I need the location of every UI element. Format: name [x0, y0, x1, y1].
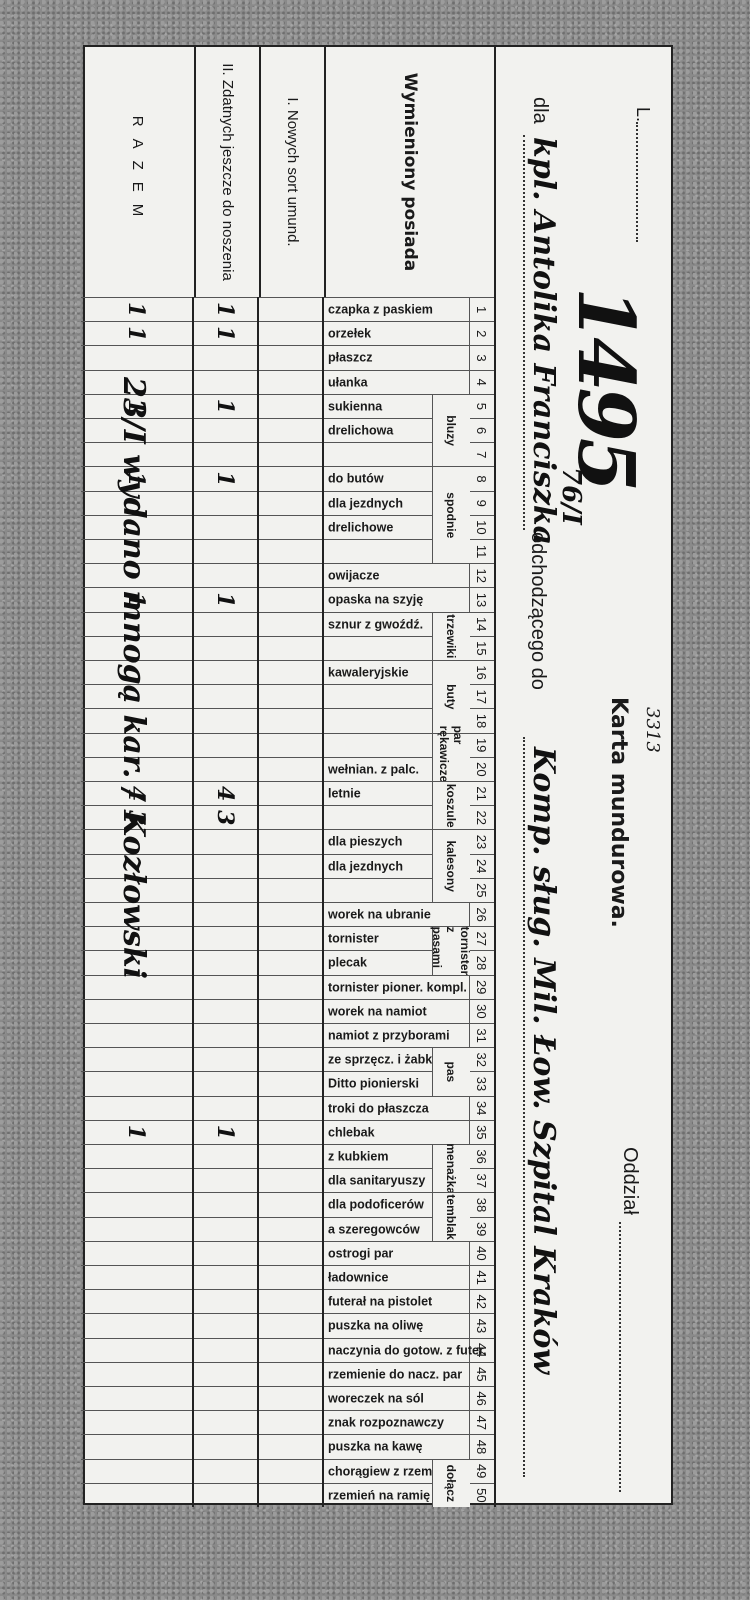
item-number: 15	[469, 637, 494, 660]
cell-total	[80, 1024, 194, 1047]
cell-used	[193, 1048, 259, 1071]
item-label: troki do płaszcza	[324, 1097, 470, 1120]
item-label: woreczek na sól	[324, 1387, 470, 1410]
cell-new	[258, 467, 324, 490]
item-number: 23	[469, 830, 494, 853]
item-number: 41	[469, 1266, 494, 1289]
cell-new	[258, 1121, 324, 1144]
cell-total	[80, 1314, 194, 1337]
group-label: tornister z pasami	[432, 926, 470, 974]
cell-used	[193, 637, 259, 660]
group-label: menażka	[432, 1144, 470, 1192]
item-label: worek na namiot	[324, 1000, 470, 1023]
cell-new	[258, 1266, 324, 1289]
cell-total	[80, 1411, 194, 1434]
cell-new	[258, 1048, 324, 1071]
cell-new	[258, 879, 324, 902]
cell-used	[193, 346, 259, 369]
cell-used: 1	[193, 322, 259, 345]
cell-total	[80, 1169, 194, 1192]
item-number: 49	[469, 1460, 494, 1483]
item-column: 31namiot z przyborami	[81, 1023, 494, 1047]
cell-used	[193, 855, 259, 878]
item-column: 46woreczek na sól	[81, 1386, 494, 1410]
cell-used	[193, 540, 259, 563]
cell-new	[258, 443, 324, 466]
cell-total	[80, 1435, 194, 1458]
l-label: L.	[632, 107, 653, 122]
cell-new	[258, 516, 324, 539]
item-number: 8	[469, 467, 494, 490]
item-number: 45	[469, 1363, 494, 1386]
cell-used: 1	[193, 298, 259, 321]
cell-used	[193, 1339, 259, 1362]
cell-total	[80, 1145, 194, 1168]
item-number: 14	[469, 613, 494, 636]
item-number: 11	[469, 540, 494, 563]
cell-total	[80, 1339, 194, 1362]
item-label: puszka na kawę	[324, 1435, 470, 1458]
cell-new	[258, 1387, 324, 1410]
cell-total	[80, 346, 194, 369]
cell-used	[193, 1169, 259, 1192]
cell-new	[258, 734, 324, 757]
cell-total	[80, 1484, 194, 1507]
cell-total	[80, 1097, 194, 1120]
cell-used	[193, 758, 259, 781]
cell-used	[193, 734, 259, 757]
item-number: 4	[469, 371, 494, 394]
cell-used	[193, 516, 259, 539]
item-column: 2orzełek11	[81, 321, 494, 345]
item-column: 3płaszcz	[81, 345, 494, 369]
cell-total	[80, 1000, 194, 1023]
cell-used	[193, 443, 259, 466]
card-title: Karta mundurowa.	[606, 697, 631, 928]
cell-new	[258, 1435, 324, 1458]
row-divider	[322, 297, 324, 1507]
cell-new	[258, 1024, 324, 1047]
cell-new	[258, 1169, 324, 1192]
cell-new	[258, 685, 324, 708]
cell-new	[258, 1314, 324, 1337]
item-column: 41ładownice	[81, 1265, 494, 1289]
cell-used	[193, 1024, 259, 1047]
cell-new	[258, 371, 324, 394]
cell-used	[193, 1145, 259, 1168]
cell-used	[193, 661, 259, 684]
item-number: 33	[469, 1072, 494, 1095]
item-number: 28	[469, 951, 494, 974]
cell-new	[258, 1339, 324, 1362]
cell-new	[258, 855, 324, 878]
item-number: 24	[469, 855, 494, 878]
cell-used	[193, 951, 259, 974]
cell-used: 1	[193, 395, 259, 418]
name-dotted-line	[523, 135, 525, 530]
handwritten-number: 1495	[560, 287, 651, 488]
item-label: opaska na szyję	[324, 588, 470, 611]
item-number: 6	[469, 419, 494, 442]
oddzial-label: Oddział	[618, 1147, 641, 1215]
cell-new	[258, 322, 324, 345]
cell-total	[80, 1218, 194, 1241]
cell-total	[80, 1242, 194, 1265]
item-number: 31	[469, 1024, 494, 1047]
cell-used	[193, 1072, 259, 1095]
cell-used: 4	[193, 782, 259, 805]
item-label: ładownice	[324, 1266, 470, 1289]
cell-used	[193, 564, 259, 587]
cell-new	[258, 1218, 324, 1241]
destination-dotted-line	[523, 737, 525, 1477]
cell-new	[258, 830, 324, 853]
cell-used	[193, 1314, 259, 1337]
card-header: L. 1495 76/I 3313 Karta mundurowa. Oddzi…	[496, 47, 671, 1507]
row-divider	[192, 297, 194, 1507]
item-label: namiot z przyborami	[324, 1024, 470, 1047]
cell-used	[193, 709, 259, 732]
cell-used	[193, 685, 259, 708]
group-label: buty	[432, 660, 470, 733]
item-number: 30	[469, 1000, 494, 1023]
cell-new	[258, 1484, 324, 1507]
item-number: 38	[469, 1193, 494, 1216]
group-label: pas	[432, 1047, 470, 1095]
cell-used: 1	[193, 467, 259, 490]
row-label-used: II. Zdatnych jeszcze do noszenia	[194, 47, 259, 297]
group-label: koszule	[432, 781, 470, 829]
cell-total	[80, 1048, 194, 1071]
cell-new	[258, 976, 324, 999]
cell-total	[80, 1193, 194, 1216]
item-number: 12	[469, 564, 494, 587]
cell-total	[80, 1072, 194, 1095]
cell-new	[258, 564, 324, 587]
cell-used	[193, 1435, 259, 1458]
cell-new	[258, 298, 324, 321]
cell-used	[193, 1218, 259, 1241]
cell-total	[80, 1363, 194, 1386]
cell-new	[258, 1097, 324, 1120]
item-number: 34	[469, 1097, 494, 1120]
row-divider	[257, 297, 259, 1507]
cell-new	[258, 1290, 324, 1313]
item-label: płaszcz	[324, 346, 470, 369]
item-label: naczynia do gotow. z futer.	[324, 1339, 470, 1362]
cell-used	[193, 830, 259, 853]
item-label: orzełek	[324, 322, 470, 345]
item-number: 35	[469, 1121, 494, 1144]
cell-new	[258, 903, 324, 926]
cell-new	[258, 419, 324, 442]
table-header-label: Wymieniony posiada	[324, 47, 494, 297]
item-label: worek na ubranie	[324, 903, 470, 926]
cell-used	[193, 1242, 259, 1265]
item-number: 27	[469, 927, 494, 950]
item-number: 13	[469, 588, 494, 611]
cell-total: 1	[80, 322, 194, 345]
cell-new	[258, 1460, 324, 1483]
cell-new	[258, 588, 324, 611]
item-column: 1czapka z paskiem11	[81, 297, 494, 321]
item-number: 20	[469, 758, 494, 781]
group-label: temblak	[432, 1192, 470, 1240]
group-label: kalesony	[432, 829, 470, 902]
cell-used	[193, 1411, 259, 1434]
cell-total	[80, 1290, 194, 1313]
cell-used	[193, 903, 259, 926]
item-number: 2	[469, 322, 494, 345]
cell-new	[258, 346, 324, 369]
cell-used	[193, 1484, 259, 1507]
cell-used	[193, 492, 259, 515]
soldier-name: kpl. Antolika Franciszka	[526, 137, 561, 545]
item-number: 36	[469, 1145, 494, 1168]
group-label: par rękawiczek	[432, 733, 470, 781]
item-number: 5	[469, 395, 494, 418]
row-label-new: I. Nowych sort umund.	[259, 47, 324, 297]
cell-new	[258, 758, 324, 781]
item-number: 39	[469, 1218, 494, 1241]
reference-number: 3313	[642, 707, 663, 753]
item-number: 48	[469, 1435, 494, 1458]
cell-new	[258, 1072, 324, 1095]
item-column: 43puszka na oliwę	[81, 1313, 494, 1337]
item-number: 50	[469, 1484, 494, 1507]
item-label: puszka na oliwę	[324, 1314, 470, 1337]
item-number: 1	[469, 298, 494, 321]
cell-new	[258, 540, 324, 563]
item-label: znak rozpoznawczy	[324, 1411, 470, 1434]
cell-used	[193, 1387, 259, 1410]
item-column: 30worek na namiot	[81, 999, 494, 1023]
group-label: bluzy	[432, 394, 470, 467]
cell-used	[193, 1460, 259, 1483]
cell-new	[258, 927, 324, 950]
handwritten-note: 23/I wydano mnogą kar. / Kozłowski	[116, 377, 151, 979]
item-column: 42futerał na pistolet	[81, 1289, 494, 1313]
item-number: 7	[469, 443, 494, 466]
item-column: 47znak rozpoznawczy	[81, 1410, 494, 1434]
cell-new	[258, 661, 324, 684]
cell-new	[258, 395, 324, 418]
item-column: 40ostrogi par	[81, 1241, 494, 1265]
destination: Komp. sług. Mil. Łow. Szpital Kraków	[526, 747, 561, 1374]
group-label: spodnie	[432, 466, 470, 563]
cell-new	[258, 951, 324, 974]
cell-total: 1	[80, 1121, 194, 1144]
item-number: 42	[469, 1290, 494, 1313]
item-number: 29	[469, 976, 494, 999]
cell-used	[193, 419, 259, 442]
item-number: 16	[469, 661, 494, 684]
item-number: 3	[469, 346, 494, 369]
cell-new	[258, 637, 324, 660]
item-number: 22	[469, 806, 494, 829]
cell-new	[258, 492, 324, 515]
cell-new	[258, 1363, 324, 1386]
item-label: futerał na pistolet	[324, 1290, 470, 1313]
cell-new	[258, 1242, 324, 1265]
cell-used	[193, 613, 259, 636]
cell-new	[258, 806, 324, 829]
dla-label: dla	[528, 97, 551, 124]
row-label-total: RAZEM	[81, 47, 194, 297]
cell-used	[193, 1363, 259, 1386]
item-number: 10	[469, 516, 494, 539]
item-number: 32	[469, 1048, 494, 1071]
item-column: 35chlebak11	[81, 1120, 494, 1144]
item-number: 21	[469, 782, 494, 805]
cell-new	[258, 709, 324, 732]
item-column: 34troki do płaszcza	[81, 1096, 494, 1120]
cell-total: 1	[80, 298, 194, 321]
item-column: 44naczynia do gotow. z futer.	[81, 1338, 494, 1362]
item-number: 40	[469, 1242, 494, 1265]
item-label: chlebak	[324, 1121, 470, 1144]
item-number: 17	[469, 685, 494, 708]
cell-used	[193, 927, 259, 950]
cell-new	[258, 613, 324, 636]
item-number: 19	[469, 734, 494, 757]
l-dotted-line	[636, 122, 638, 242]
uniform-card: L. 1495 76/I 3313 Karta mundurowa. Oddzi…	[83, 45, 673, 1505]
cell-used	[193, 1000, 259, 1023]
oddzial-dotted-line	[619, 1222, 621, 1492]
cell-used	[193, 1193, 259, 1216]
cell-used	[193, 371, 259, 394]
cell-total	[80, 1266, 194, 1289]
cell-new	[258, 782, 324, 805]
item-number: 9	[469, 492, 494, 515]
cell-used: 3	[193, 806, 259, 829]
cell-new	[258, 1411, 324, 1434]
item-label: tornister pioner. kompl.	[324, 976, 470, 999]
cell-used: 1	[193, 588, 259, 611]
item-column: 45rzemienie do nacz. par	[81, 1362, 494, 1386]
cell-new	[258, 1000, 324, 1023]
cell-used	[193, 879, 259, 902]
item-number: 26	[469, 903, 494, 926]
cell-used	[193, 1290, 259, 1313]
cell-used	[193, 1266, 259, 1289]
row-labels: Wymieniony posiada I. Nowych sort umund.…	[81, 47, 494, 297]
item-label: ułanka	[324, 371, 470, 394]
cell-total	[80, 976, 194, 999]
item-label: rzemienie do nacz. par	[324, 1363, 470, 1386]
item-number: 37	[469, 1169, 494, 1192]
odchodzacego-label: odchodzącego do	[526, 532, 549, 690]
item-number: 25	[469, 879, 494, 902]
item-number: 18	[469, 709, 494, 732]
item-number: 43	[469, 1314, 494, 1337]
item-label: czapka z paskiem	[324, 298, 470, 321]
cell-used	[193, 976, 259, 999]
item-number: 47	[469, 1411, 494, 1434]
item-label: owijacze	[324, 564, 470, 587]
cell-new	[258, 1193, 324, 1216]
item-number: 46	[469, 1387, 494, 1410]
group-label: trzewiki	[432, 612, 470, 660]
cell-used: 1	[193, 1121, 259, 1144]
cell-total	[80, 1387, 194, 1410]
item-label: ostrogi par	[324, 1242, 470, 1265]
cell-used	[193, 1097, 259, 1120]
cell-new	[258, 1145, 324, 1168]
item-column: 48puszka na kawę	[81, 1434, 494, 1458]
cell-total	[80, 1460, 194, 1483]
group-label: dołącz	[432, 1459, 470, 1507]
